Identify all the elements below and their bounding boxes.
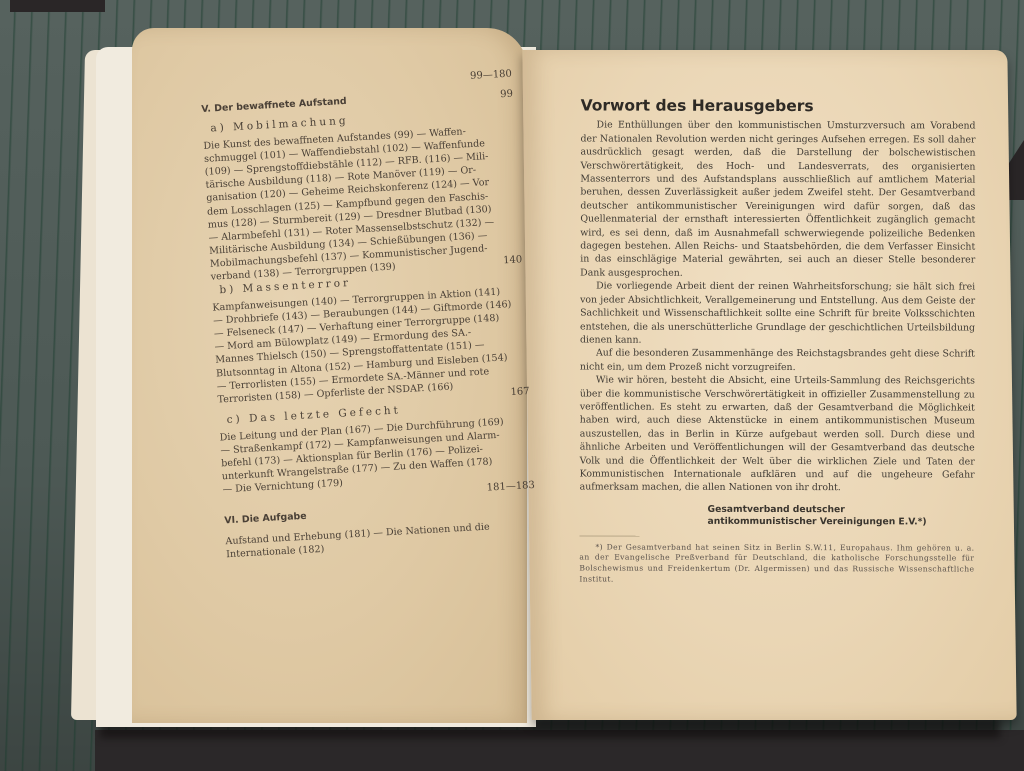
part-v-page-range: 99—180 — [470, 68, 512, 83]
section-a-page: 99 — [500, 88, 513, 102]
signature-line: Gesamtverband deutscher — [708, 504, 975, 517]
foreword-title: Vorwort des Herausgebers — [581, 99, 976, 113]
foreword: Vorwort des Herausgebers Die Enthüllunge… — [579, 99, 975, 585]
section-c: c) Das letzte Gefecht Die Leitung und de… — [218, 394, 522, 497]
signature-line: antikommunistischer Vereinigungen E.V.*) — [708, 516, 975, 529]
foreword-paragraph: Die vorliegende Arbeit dient der reinen … — [580, 280, 975, 348]
foreword-paragraph: Auf die besonderen Zusammenhänge des Rei… — [580, 347, 975, 375]
part-vi-page-range: 181—183 — [486, 479, 535, 495]
footnote-divider — [579, 535, 639, 536]
fabric-dark-patch-top-left — [10, 0, 105, 12]
signature: Gesamtverband deutscher antikommunistisc… — [708, 504, 975, 529]
section-b: b) Massenterror Kampfanweisungen (140) —… — [211, 264, 518, 406]
foreword-paragraph: Die Enthüllungen über den kommunistische… — [580, 119, 975, 281]
footnote: *) Der Gesamtverband hat seinen Sitz in … — [579, 542, 974, 585]
section-a: a) Mobilmachung Die Kunst des bewaffnete… — [202, 102, 511, 284]
foreword-paragraph: Wie wir hören, besteht die Absicht, eine… — [580, 374, 975, 496]
